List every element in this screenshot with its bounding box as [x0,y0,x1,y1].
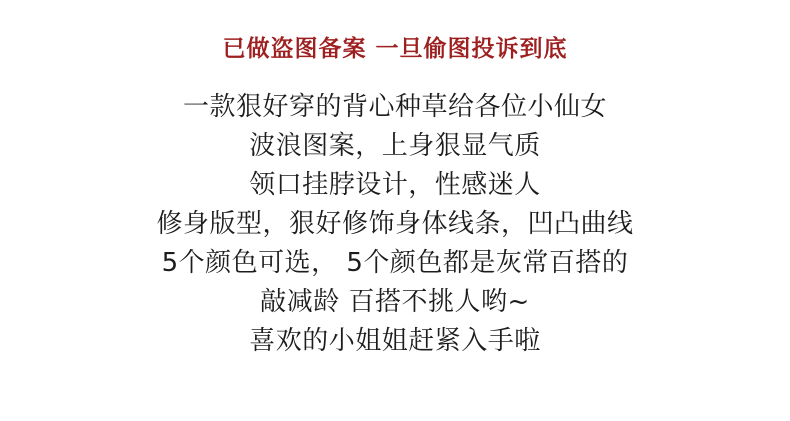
promo-line-5: 5个颜色可选， 5个颜色都是灰常百搭的 [0,244,790,283]
promo-line-4: 修身版型，狠好修饰身体线条，凹凸曲线 [0,205,790,244]
promo-line-2: 波浪图案，上身狠显气质 [0,127,790,166]
anti-theft-warning-header: 已做盗图备案 一旦偷图投诉到底 [0,34,790,64]
promo-line-6: 敲减龄 百搭不挑人哟~ [0,283,790,322]
promo-text-block: 已做盗图备案 一旦偷图投诉到底 一款狠好穿的背心种草给各位小仙女 波浪图案，上身… [0,0,790,421]
promo-line-3: 领口挂脖设计，性感迷人 [0,166,790,205]
promo-line-1: 一款狠好穿的背心种草给各位小仙女 [0,88,790,127]
promo-line-7: 喜欢的小姐姐赶紧入手啦 [0,322,790,361]
